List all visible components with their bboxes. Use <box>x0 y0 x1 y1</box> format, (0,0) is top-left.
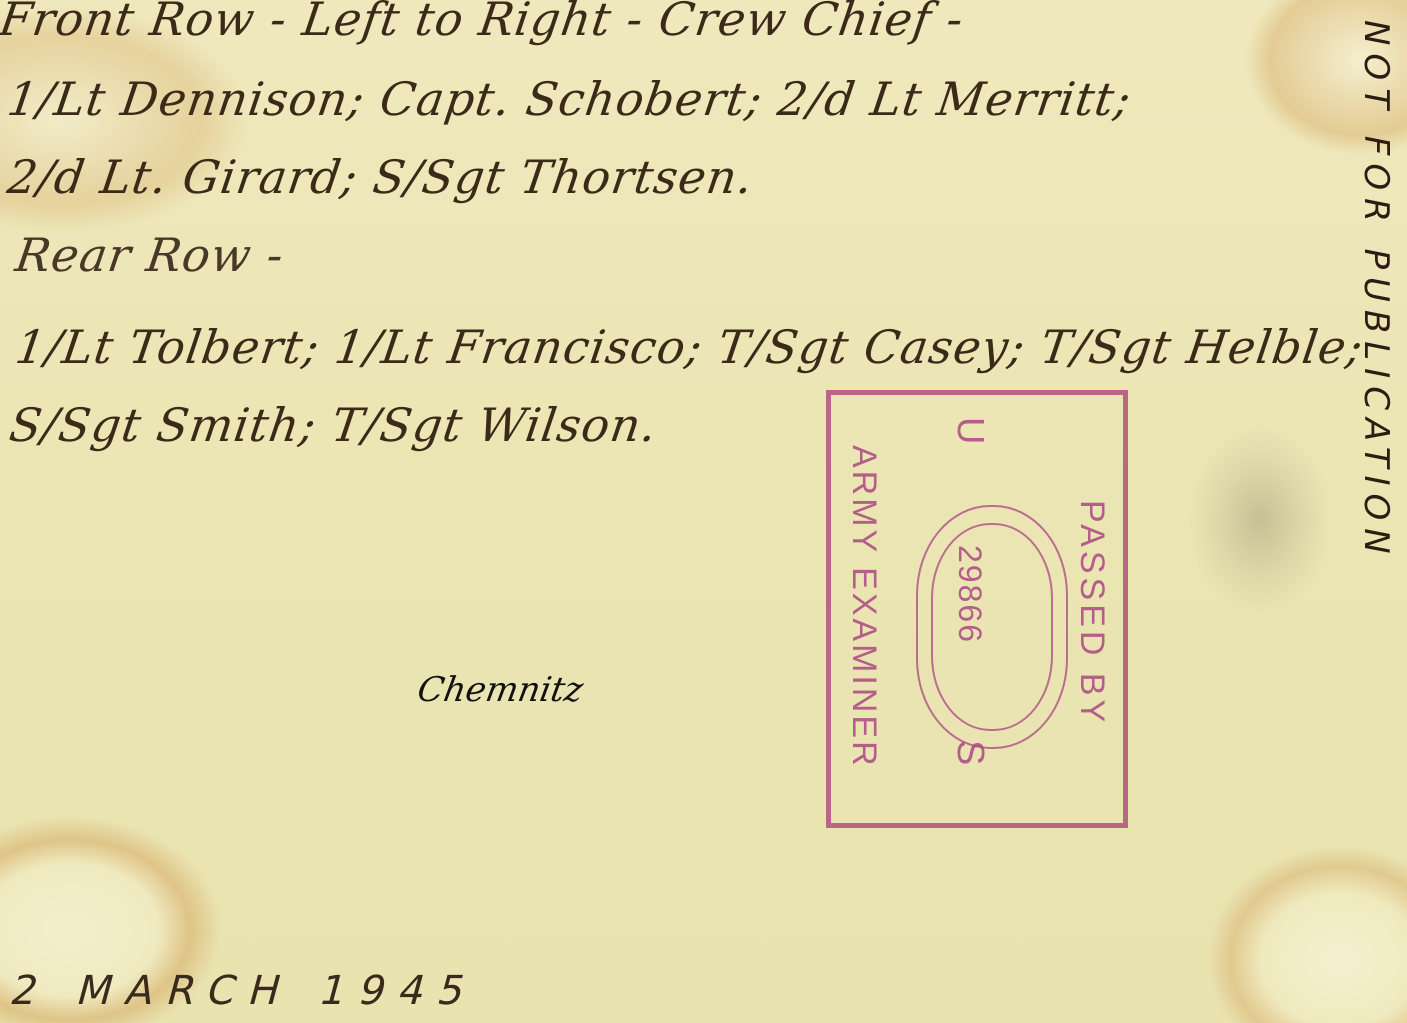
censor-stamp: U ARMY EXAMINER 29866 PASSED BY S <box>826 390 1128 828</box>
stamp-passed-by: PASSED BY <box>1072 500 1111 726</box>
not-for-publication-note: NOT FOR PUBLICATION <box>1356 20 1396 740</box>
stamp-letter-u: U <box>948 417 991 444</box>
stamp-letter-s: S <box>948 740 991 765</box>
side-note-text: NOT FOR PUBLICATION <box>1356 20 1396 562</box>
date-note: 2 MARCH 1945 <box>6 968 485 1014</box>
stamp-oval-inner <box>931 523 1053 731</box>
stamp-number: 29866 <box>951 545 988 644</box>
caption-line-1: Front Row - Left to Right - Crew Chief - <box>0 0 967 46</box>
location-note: Chemnitz <box>414 670 586 710</box>
caption-line-3: 2/d Lt. Girard; S/Sgt Thortsen. <box>4 150 757 204</box>
caption-line-4: Rear Row - <box>12 228 287 282</box>
caption-line-5: 1/Lt Tolbert; 1/Lt Francisco; T/Sgt Case… <box>12 320 1367 374</box>
caption-line-2: 1/Lt Dennison; Capt. Schobert; 2/d Lt Me… <box>4 72 1135 126</box>
stamp-army-examiner: ARMY EXAMINER <box>844 445 883 769</box>
caption-line-6: S/Sgt Smith; T/Sgt Wilson. <box>6 398 660 452</box>
